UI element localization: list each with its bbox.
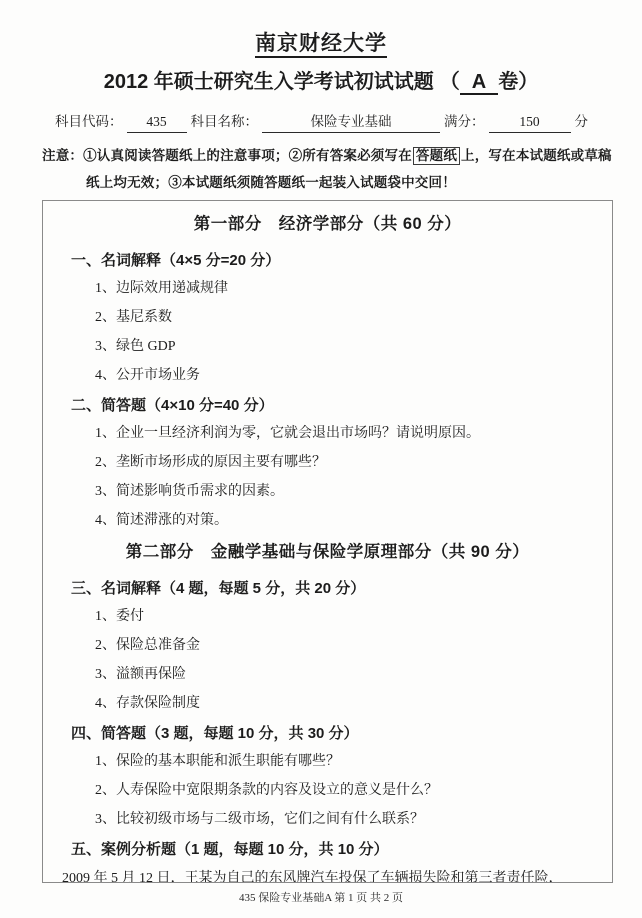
exam-line-item: 3、简述影响货币需求的因素。 bbox=[95, 485, 612, 499]
exam-line-item: 2、基尼系数 bbox=[95, 311, 612, 325]
exam-notice: 注意：①认真阅读答题纸上的注意事项；②所有答案必须写在答题纸上，写在本试题纸或草… bbox=[0, 142, 642, 196]
exam-line-item: 1、委付 bbox=[95, 610, 612, 624]
page-footer: 435 保险专业基础A 第 1 页 共 2 页 bbox=[0, 889, 642, 905]
subject-code-label: 科目代码： bbox=[55, 112, 123, 132]
full-score-label: 满分： bbox=[444, 112, 485, 132]
exam-line-paragraph: 2009 年 5 月 12 日，王某为自己的东风牌汽车投保了车辆损失险和第三者责… bbox=[62, 871, 612, 883]
notice-boxed-term: 答题纸 bbox=[413, 147, 460, 165]
exam-line-item: 4、简述滞涨的对策。 bbox=[95, 514, 612, 528]
exam-title: 2012 年硕士研究生入学考试初试试题 bbox=[104, 71, 434, 93]
exam-line-part: 第二部分 金融学基础与保险学原理部分（共 90 分） bbox=[43, 543, 612, 561]
exam-line-section: 二、简答题（4×10 分=40 分） bbox=[71, 398, 612, 413]
university-name: 南京财经大学 bbox=[255, 32, 387, 58]
exam-line-item: 4、存款保险制度 bbox=[95, 697, 612, 711]
score-unit: 分 bbox=[575, 112, 589, 132]
subject-code-value: 435 bbox=[127, 112, 187, 133]
exam-line-item: 3、绿色 GDP bbox=[95, 340, 612, 354]
notice-segment-2: 上，写在本试题纸或草稿 bbox=[461, 148, 612, 163]
exam-line-section: 一、名词解释（4×5 分=20 分） bbox=[71, 253, 612, 268]
notice-label: 注意： bbox=[42, 148, 83, 163]
exam-line-item: 2、人寿保险中宽限期条款的内容及设立的意义是什么？ bbox=[95, 784, 612, 798]
exam-line-item: 4、公开市场业务 bbox=[95, 369, 612, 383]
notice-line-2: 纸上均无效；③本试题纸须随答题纸一起装入试题袋中交回！ bbox=[42, 169, 642, 196]
university-title: 南京财经大学 bbox=[0, 0, 642, 58]
notice-line-1: 注意：①认真阅读答题纸上的注意事项；②所有答案必须写在答题纸上，写在本试题纸或草… bbox=[42, 142, 642, 169]
subject-info-row: 科目代码： 435 科目名称： 保险专业基础 满分： 150 分 bbox=[0, 112, 642, 133]
exam-line-item: 3、溢额再保险 bbox=[95, 668, 612, 682]
exam-line-item: 2、垄断市场形成的原因主要有哪些？ bbox=[95, 456, 612, 470]
paper-version-letter: A bbox=[460, 71, 498, 95]
subject-name-label: 科目名称： bbox=[191, 112, 259, 132]
exam-line-item: 1、企业一旦经济利润为零，它就会退出市场吗？请说明原因。 bbox=[95, 427, 612, 441]
exam-line-item: 1、保险的基本职能和派生职能有哪些？ bbox=[95, 755, 612, 769]
exam-line-section: 五、案例分析题（1 题，每题 10 分，共 10 分） bbox=[71, 842, 612, 857]
exam-line-item: 2、保险总准备金 bbox=[95, 639, 612, 653]
exam-body: 第一部分 经济学部分（共 60 分）一、名词解释（4×5 分=20 分）1、边际… bbox=[42, 200, 613, 883]
exam-line-item: 1、边际效用递减规律 bbox=[95, 282, 612, 296]
exam-paper-page: 南京财经大学 2012 年硕士研究生入学考试初试试题（A卷） 科目代码： 435… bbox=[0, 0, 642, 918]
exam-title-line: 2012 年硕士研究生入学考试初试试题（A卷） bbox=[0, 67, 642, 97]
exam-line-part: 第一部分 经济学部分（共 60 分） bbox=[43, 215, 612, 233]
paper-version-open-paren: （ bbox=[440, 71, 460, 93]
subject-name-value: 保险专业基础 bbox=[262, 112, 440, 133]
paper-version-close-paren: 卷） bbox=[498, 71, 538, 93]
notice-segment-1: ①认真阅读答题纸上的注意事项；②所有答案必须写在 bbox=[83, 148, 412, 163]
exam-line-section: 三、名词解释（4 题，每题 5 分，共 20 分） bbox=[71, 581, 612, 596]
exam-line-item: 3、比较初级市场与二级市场，它们之间有什么联系？ bbox=[95, 813, 612, 827]
full-score-value: 150 bbox=[489, 112, 571, 133]
exam-line-section: 四、简答题（3 题，每题 10 分，共 30 分） bbox=[71, 726, 612, 741]
